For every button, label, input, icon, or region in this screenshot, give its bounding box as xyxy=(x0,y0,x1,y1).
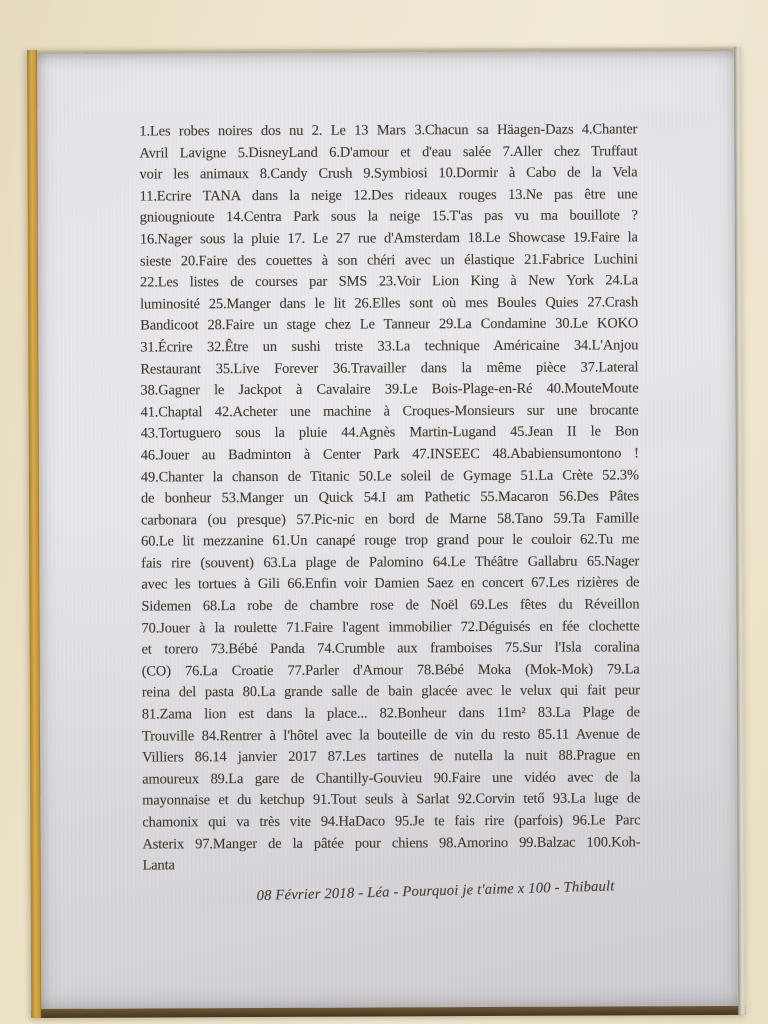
list-line: Villiers 86.14 janvier 2017 87.Les tarti… xyxy=(142,746,640,770)
list-line: 70.Jouer à la roulette 71.Faire l'agent … xyxy=(141,616,639,640)
list-line: 43.Tortuguero sous la pluie 44.Agnès Mar… xyxy=(141,422,639,446)
list-text: 1.Les robes noires dos nu 2. Le 13 Mars … xyxy=(139,119,640,902)
list-line: 11.Ecrire TANA dans la neige 12.Des ride… xyxy=(140,184,638,208)
list-line: amoureux 89.La gare de Chantilly-Gouvieu… xyxy=(142,767,640,791)
list-line: 41.Chaptal 42.Acheter une machine à Croq… xyxy=(141,400,639,424)
paper-sheet: 1.Les robes noires dos nu 2. Le 13 Mars … xyxy=(37,51,738,1009)
picture-frame: 1.Les robes noires dos nu 2. Le 13 Mars … xyxy=(27,47,745,1018)
list-line: fais rire (souvent) 63.La plage de Palom… xyxy=(141,551,639,575)
list-line: Lanta xyxy=(143,854,641,878)
list-line: gniougnioute 14.Centra Park sous la neig… xyxy=(140,206,638,230)
list-line: 60.Le lit mezzanine 61.Un canapé rouge t… xyxy=(141,530,639,554)
list-line: mayonnaise et du ketchup 91.Tout seuls à… xyxy=(142,789,640,813)
list-lines: 1.Les robes noires dos nu 2. Le 13 Mars … xyxy=(139,119,640,877)
list-line: 38.Gagner le Jackpot à Cavalaire 39.Le B… xyxy=(140,378,638,402)
list-line: voir les animaux 8.Candy Crush 9.Symbios… xyxy=(140,163,638,187)
list-line: chamonix qui va très vite 94.HaDaco 95.J… xyxy=(142,810,640,834)
list-line: sieste 20.Faire des couettes à son chéri… xyxy=(140,249,638,273)
list-line: Restaurant 35.Live Forever 36.Travailler… xyxy=(140,357,638,381)
signature-line: 08 Février 2018 - Léa - Pourquoi je t'ai… xyxy=(143,877,641,907)
frame-edge-bottom xyxy=(31,1006,745,1018)
list-line: Avril Lavigne 5.DisneyLand 6.D'amour et … xyxy=(139,141,637,165)
list-line: 46.Jouer au Badminton à Center Park 47.I… xyxy=(141,443,639,467)
list-line: carbonara (ou presque) 57.Pic-nic en bor… xyxy=(141,508,639,532)
list-line: Trouville 84.Rentrer à l'hôtel avec la b… xyxy=(142,724,640,748)
list-line: 31.Écrire 32.Être un sushi triste 33.La … xyxy=(140,335,638,359)
list-line: (CO) 76.La Croatie 77.Parler d'Amour 78.… xyxy=(142,659,640,683)
list-line: Asterix 97.Manger de la pâtée pour chien… xyxy=(142,832,640,856)
list-line: de bonheur 53.Manger un Quick 54.I am Pa… xyxy=(141,486,639,510)
list-line: avec les tortues à Gili 66.Enfin voir Da… xyxy=(141,573,639,597)
list-line: 49.Chanter la chanson de Titanic 50.Le s… xyxy=(141,465,639,489)
list-line: Bandicoot 28.Faire un stage chez Le Tann… xyxy=(140,314,638,338)
list-line: luminosité 25.Manger dans le lit 26.Elle… xyxy=(140,292,638,316)
list-line: 16.Nager sous la pluie 17. Le 27 rue d'A… xyxy=(140,227,638,251)
list-line: 1.Les robes noires dos nu 2. Le 13 Mars … xyxy=(139,119,637,143)
list-line: et torero 73.Bébé Panda 74.Crumble aux f… xyxy=(142,638,640,662)
list-line: Sidemen 68.La robe de chambre rose de No… xyxy=(141,594,639,618)
list-line: reina del pasta 80.La grande salle de ba… xyxy=(142,681,640,705)
list-line: 22.Les listes de courses par SMS 23.Voir… xyxy=(140,270,638,294)
list-line: 81.Zama lion est dans la place... 82.Bon… xyxy=(142,702,640,726)
